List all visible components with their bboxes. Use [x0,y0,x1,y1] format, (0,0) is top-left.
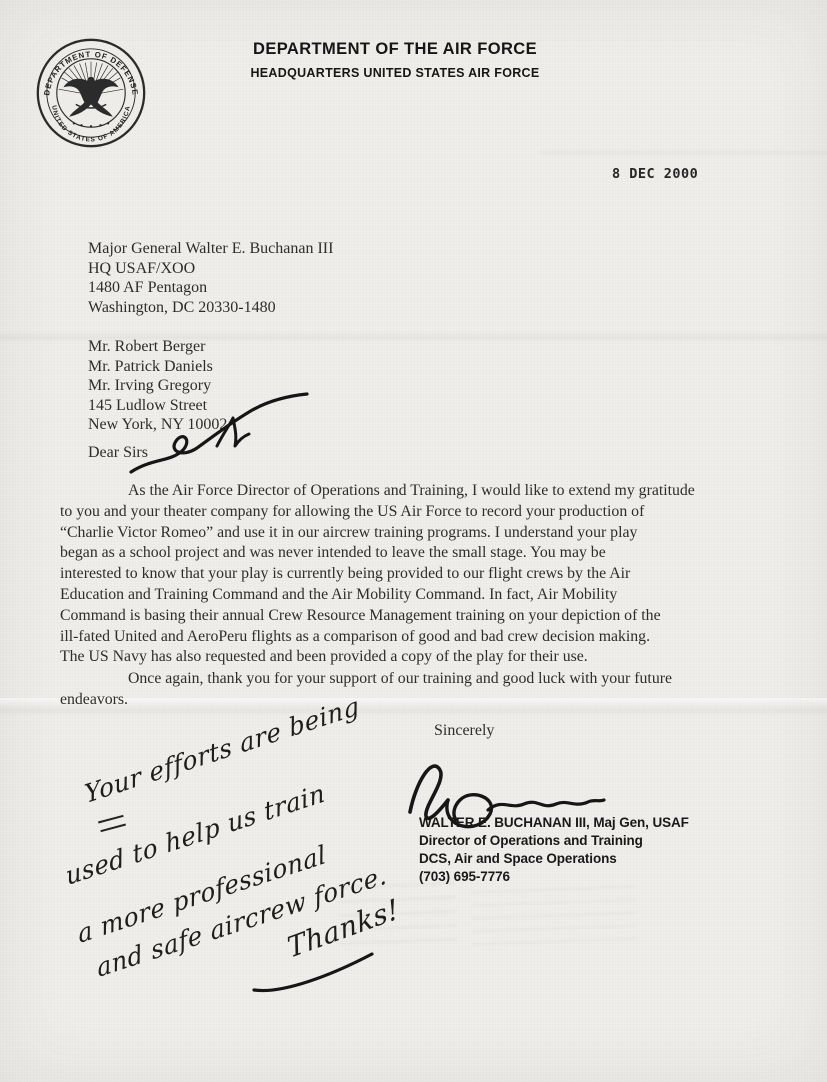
letterhead: DEPARTMENT OF THE AIR FORCE HEADQUARTERS… [225,40,565,80]
signature-block: WALTER E. BUCHANAN III, Maj Gen, USAF Di… [419,814,689,886]
scanned-letter-page: DEPARTMENT OF DEFENSE UNITED STATES OF A… [0,0,827,1082]
body-paragraph-2: Once again, thank you for your support o… [60,669,766,711]
bleed-through-ghost-text [471,885,638,949]
department-of-defense-seal-icon: DEPARTMENT OF DEFENSE UNITED STATES OF A… [34,36,148,150]
letterhead-subtitle: HEADQUARTERS UNITED STATES AIR FORCE [225,66,565,80]
sender-address-block: Major General Walter E. Buchanan III HQ … [88,239,333,317]
body-paragraph-1: As the Air Force Director of Operations … [60,481,766,668]
paper-crease [540,148,827,158]
closing-word: Sincerely [434,722,494,740]
handwritten-underline-mark [98,815,126,832]
date-stamp: 8 DEC 2000 [612,166,698,182]
handwritten-initials-flourish [125,388,315,476]
handwritten-thanks-underline [248,948,378,996]
letterhead-title: DEPARTMENT OF THE AIR FORCE [225,40,565,59]
